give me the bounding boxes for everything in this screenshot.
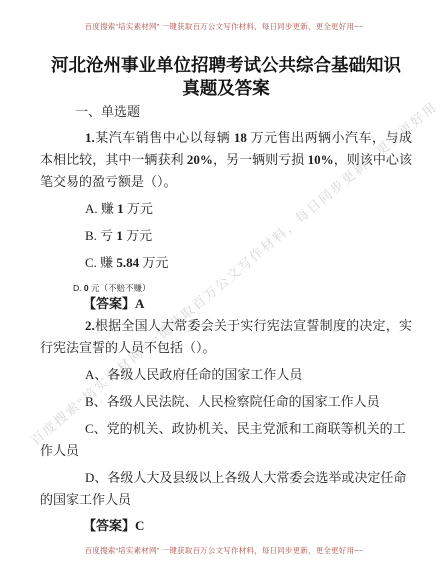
question-1-stem: 1.某汽车销售中心以每辆 18 万元售出两辆小汽车，与成本相比较，其中一辆获利 … — [40, 127, 412, 193]
answer-value: A — [135, 296, 144, 311]
footer-promo-note: 百度搜索“培实素材网” 一键获取百万公文写作材料，每日同步更新，更全更好用~~ — [0, 545, 448, 556]
question-1-option-b: B. 亏 1 万元 — [40, 225, 412, 247]
document-content: 河北沧州事业单位招聘考试公共综合基础知识真题及答案 一、单选题 1.某汽车销售中… — [0, 0, 448, 537]
title-line-1: 河北沧州事业单位招聘考试公共综合基础知识 — [51, 55, 401, 75]
section-heading-single-choice: 一、单选题 — [40, 101, 412, 123]
answer-label: 【答案】 — [83, 296, 135, 311]
question-2-option-d: D、各级人大及县级以上各级人大常委会选举或决定任命的国家工作人员 — [40, 467, 412, 511]
question-2-option-c: C、党的机关、政协机关、民主党派和工商联等机关的工作人员 — [40, 418, 412, 462]
header-promo-note: 百度搜索“培实素材网” 一键获取百万公文写作材料，每日同步更新，更全更好用~~ — [0, 21, 448, 32]
question-1-answer: 【答案】A — [40, 293, 412, 315]
question-2-answer: 【答案】C — [40, 515, 412, 537]
question-2-option-b: B、各级人民法院、人民检察院任命的国家工作人员 — [40, 391, 412, 413]
document-title: 河北沧州事业单位招聘考试公共综合基础知识真题及答案 — [40, 54, 412, 100]
title-line-2: 真题及答案 — [182, 78, 270, 98]
question-1-option-d-small: D. 0 元（不赔不赚） — [40, 283, 412, 293]
document-page: 百度搜索“培实素材网” 一键获取百万公文写作材料，每日同步更新，更全更好用~~ … — [0, 0, 448, 580]
question-1-option-a: A. 赚 1 万元 — [40, 198, 412, 220]
question-1-option-c: C. 赚 5.84 万元 — [40, 252, 412, 274]
question-2-option-a: A、各级人民政府任命的国家工作人员 — [40, 364, 412, 386]
answer-label: 【答案】 — [83, 518, 135, 533]
answer-value: C — [135, 518, 144, 533]
question-2-stem: 2.根据全国人大常委会关于实行宪法宣誓制度的决定，实行宪法宣誓的人员不包括（）。 — [40, 315, 412, 359]
